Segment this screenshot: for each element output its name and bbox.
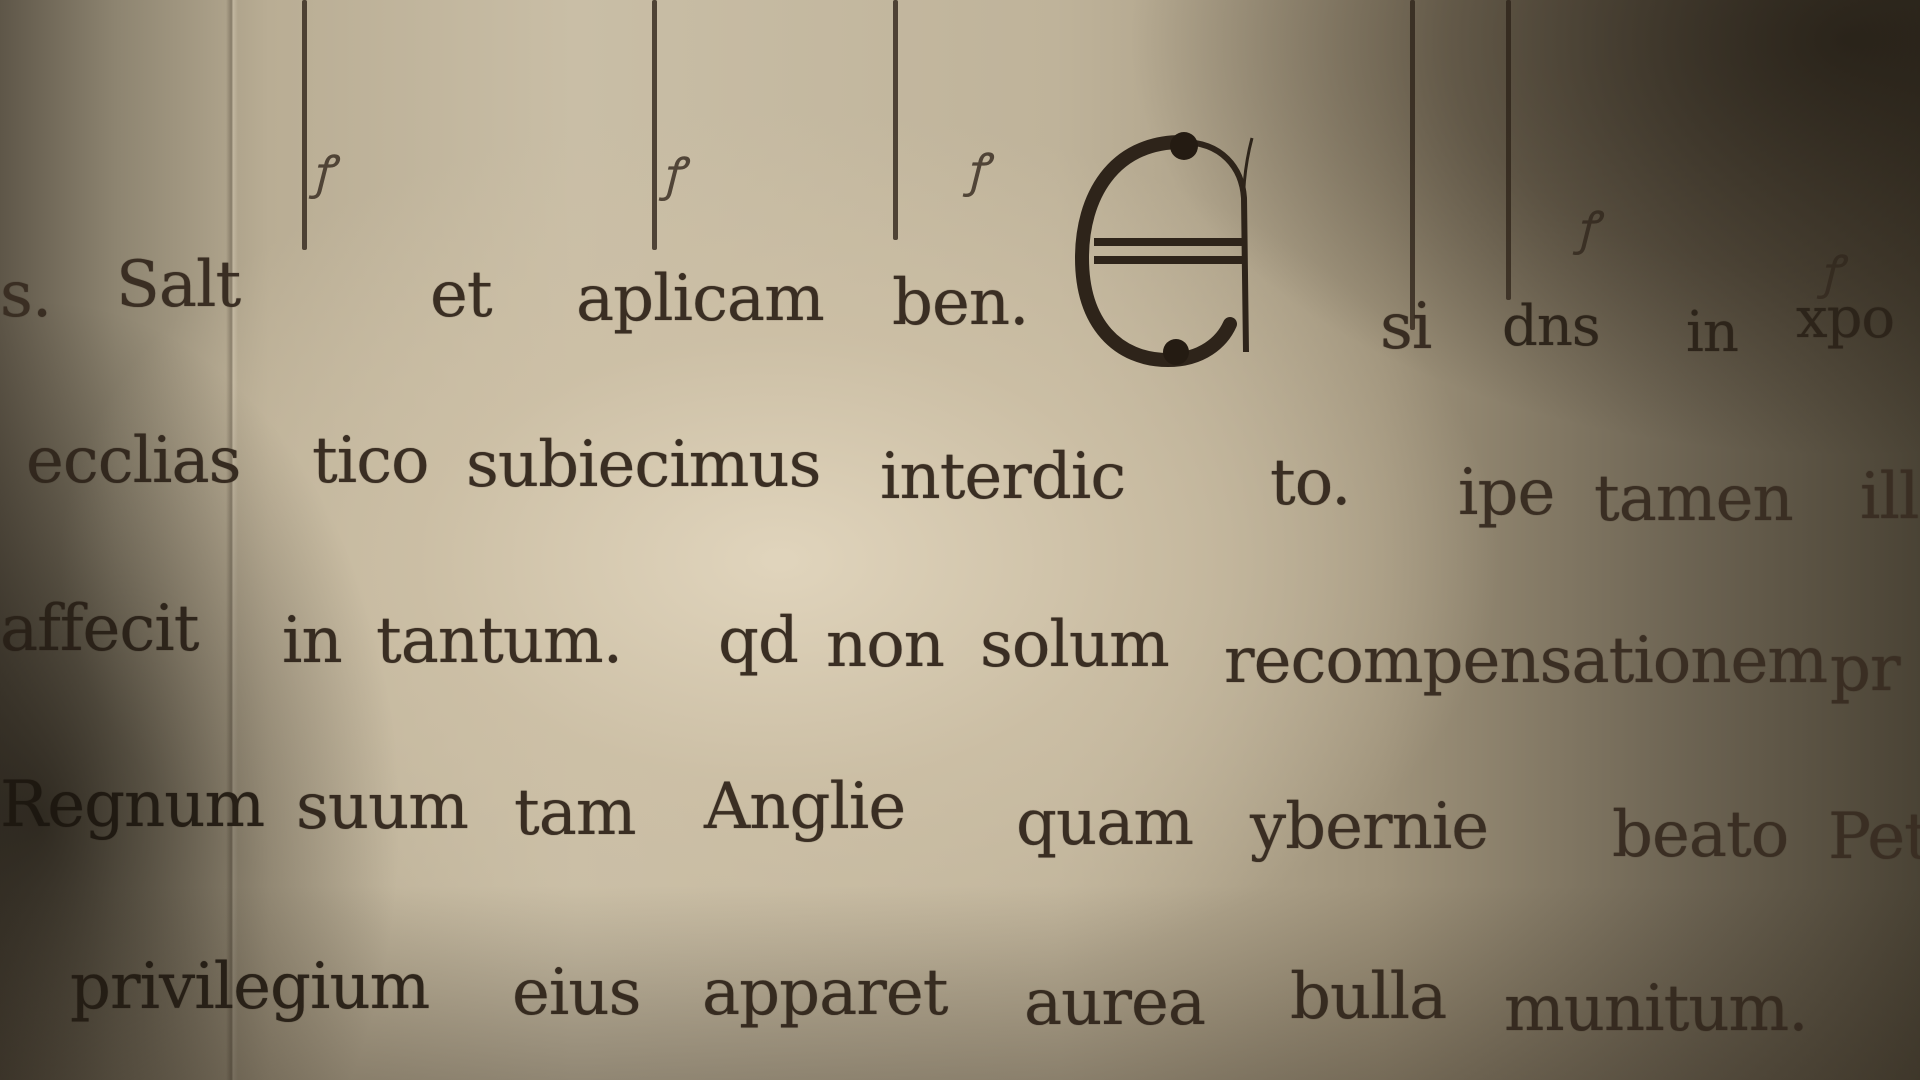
line-2-word: ill <box>1860 460 1918 534</box>
line-1-word: ben. <box>892 266 1028 340</box>
line-1-word: in <box>1686 300 1738 365</box>
abbreviation-mark: ꝭ <box>662 142 684 204</box>
line-2-word: ipe <box>1458 456 1554 530</box>
line-1-word: dns <box>1502 294 1600 359</box>
ascender-stroke <box>893 0 898 240</box>
line-4-word: tam <box>514 776 636 850</box>
line-4-word: ybernie <box>1250 790 1488 864</box>
ascender-stroke <box>652 0 657 250</box>
line-3-word: non <box>826 608 944 682</box>
lighting-vignette-top-right <box>0 0 1920 1080</box>
line-4-word: Pet <box>1828 800 1920 874</box>
line-2-word: to. <box>1270 446 1350 520</box>
line-1-word: si <box>1380 290 1431 364</box>
line-2-word: tamen <box>1594 462 1793 536</box>
line-5-word: munitum. <box>1504 972 1808 1046</box>
line-4-word: Regnum <box>0 768 264 842</box>
parchment-fold-crease <box>226 0 238 1080</box>
line-3-word: recompensationem <box>1224 624 1827 698</box>
line-5-word: bulla <box>1290 960 1446 1034</box>
line-1-word: et <box>430 258 492 332</box>
abbreviation-mark: ꝭ <box>966 138 988 200</box>
line-2-word: tico <box>312 424 429 498</box>
lighting-vignette-left <box>0 0 1920 1080</box>
line-5-word: aurea <box>1024 966 1205 1040</box>
line-3-word: in <box>282 604 342 678</box>
line-5-word: privilegium <box>70 950 429 1024</box>
ascender-stroke <box>302 0 307 250</box>
abbreviation-mark: ꝭ <box>312 140 334 202</box>
line-1-word: Salt <box>116 248 240 322</box>
line-3-word: solum <box>980 608 1169 682</box>
line-2-word: interdic <box>880 440 1125 514</box>
line-5-word: eius <box>512 956 640 1030</box>
line-1-word: aplicam <box>576 262 824 336</box>
abbreviation-mark: ꝭ <box>1576 196 1598 258</box>
line-3-word: qd <box>718 604 798 678</box>
line-1-word: s. <box>0 258 51 332</box>
ascender-stroke <box>1410 0 1415 330</box>
decorated-initial-e-icon <box>1072 128 1272 372</box>
line-3-word: tantum. <box>376 604 622 678</box>
line-2-word: subiecimus <box>466 428 820 502</box>
ascender-stroke <box>1506 0 1511 300</box>
line-5-word: apparet <box>702 956 947 1030</box>
line-3-word: pr <box>1830 632 1900 706</box>
line-2-word: ecclias <box>26 424 241 498</box>
line-4-word: beato <box>1612 798 1788 872</box>
lighting-vignette-bottom <box>0 0 1920 1080</box>
line-4-word: Anglie <box>704 770 905 844</box>
line-4-word: suum <box>296 770 468 844</box>
line-4-word: quam <box>1016 786 1193 860</box>
manuscript-page: ꝭ ꝭ ꝭ ꝭ ꝭ s. Salt et aplicam ben. si dns… <box>0 0 1920 1080</box>
line-1-word: xpo <box>1796 286 1894 351</box>
line-3-word: affecit <box>0 592 198 666</box>
